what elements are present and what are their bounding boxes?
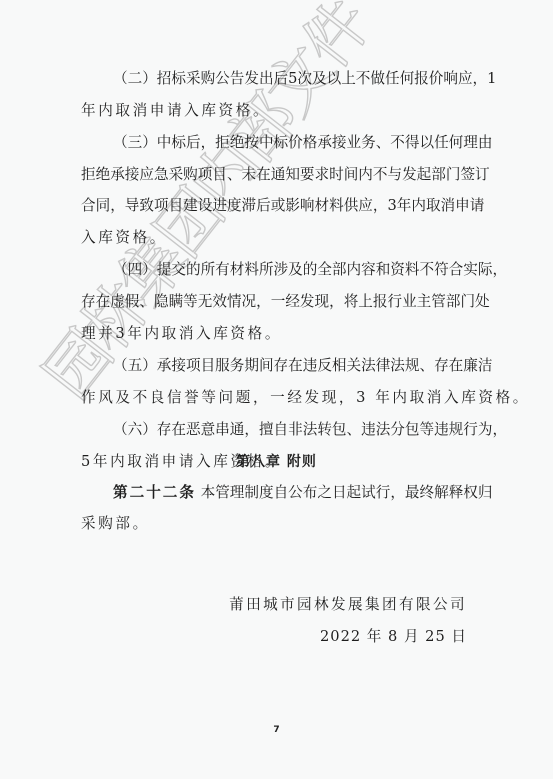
paragraph-item-3-line-1: （三）中标后，拒绝按中标价格承接业务、不得以任何理由	[113, 133, 471, 153]
article-22-label: 第二十二条	[113, 484, 196, 501]
chapter-heading: 第八章 附则	[0, 452, 553, 472]
signature-organization: 莆田城市园林发展集团有限公司	[229, 595, 467, 615]
paragraph-item-6-line-1: （六）存在恶意串通，擅自非法转包、违法分包等违规行为，	[113, 420, 471, 440]
paragraph-item-3-line-2: 拒绝承接应急采购项目、未在通知要求时间内不与发起部门签订	[81, 165, 471, 185]
paragraph-item-2-line-2: 年内取消申请入库资格。	[81, 101, 471, 121]
article-22-text: 本管理制度自公布之日起试行，最终解释权归	[196, 484, 493, 501]
article-22-line-2: 采购部。	[81, 514, 471, 534]
page-number: 7	[0, 725, 553, 735]
article-22-line-1: 第二十二条 本管理制度自公布之日起试行，最终解释权归	[113, 483, 471, 503]
paragraph-item-4-line-3: 理并3年内取消入库资格。	[81, 324, 471, 344]
document-page: 园林集团内部文件 （二）招标采购公告发出后5次及以上不做任何报价响应，1 年内取…	[0, 0, 553, 779]
paragraph-item-3-line-4: 入库资格。	[81, 228, 471, 248]
paragraph-item-5-line-2: 作风及不良信誉等问题，一经发现，3 年内取消入库资格。	[81, 388, 471, 408]
paragraph-item-4-line-1: （四）提交的所有材料所涉及的全部内容和资料不符合实际，	[113, 260, 471, 280]
paragraph-item-5-line-1: （五）承接项目服务期间存在违反相关法律法规、存在廉洁	[113, 356, 471, 376]
paragraph-item-3-line-3: 合同，导致项目建设进度滞后或影响材料供应，3年内取消申请	[81, 196, 471, 216]
signature-date: 2022 年 8 月 25 日	[320, 627, 467, 647]
paragraph-item-2-line-1: （二）招标采购公告发出后5次及以上不做任何报价响应，1	[113, 69, 471, 89]
paragraph-item-4-line-2: 存在虚假、隐瞒等无效情况，一经发现，将上报行业主管部门处	[81, 292, 471, 312]
